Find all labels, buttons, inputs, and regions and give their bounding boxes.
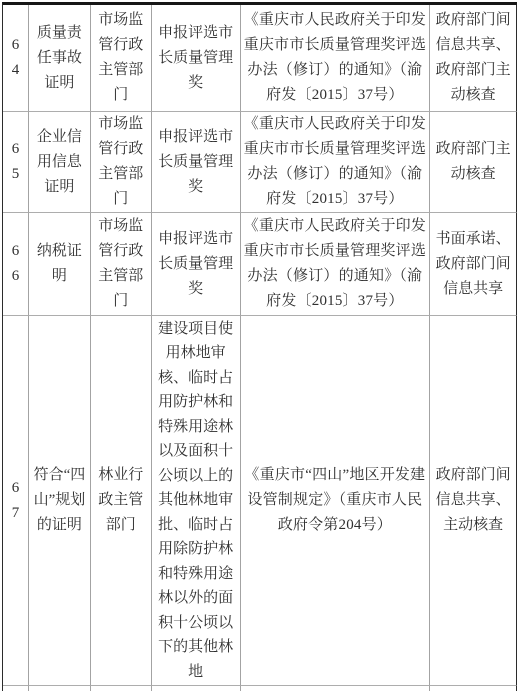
cell-purpose: 建设项目使用林地审核、临时占用防护林和特殊用途林以及面积十公顷以上的其他林地审批… — [152, 316, 241, 686]
document-page: 6 4 质量责任事故证明 市场监管行政主管部门 申报评选市长质量管理奖 《重庆市… — [0, 0, 520, 691]
cell-verification-method: 政府部门主动核查 — [430, 112, 517, 213]
cell-department: 市场监管行政主管部门 — [91, 213, 152, 316]
cell-verification-method: 书面承诺、政府部门间信息共享 — [430, 213, 517, 316]
seq-digit: 6 — [12, 239, 20, 264]
cell-certificate-name: 纳税证明 — [29, 213, 91, 316]
cell-seq: 6 5 — [3, 112, 29, 213]
seq-digit: 6 — [12, 137, 20, 162]
cell-purpose: 申报评选市长质量管理奖 — [152, 112, 241, 213]
cell-legal-basis: 《重庆市人民政府关于印发重庆市市长质量管理奖评选办法（修订）的通知》（渝府发〔2… — [241, 213, 431, 316]
table-row: 6 5 企业信用信息证明 市场监管行政主管部门 申报评选市长质量管理奖 《重庆市… — [3, 112, 517, 213]
seq-digit: 6 — [12, 476, 20, 501]
cell-verification-method: 政府部门间信息共享、政府部门主动核查 — [430, 5, 517, 112]
document-table: 6 4 质量责任事故证明 市场监管行政主管部门 申报评选市长质量管理奖 《重庆市… — [2, 2, 517, 691]
cell-certificate-name: 符合“四山”规划的证明 — [29, 316, 91, 686]
table-row-partial — [3, 686, 517, 691]
cell-department: 市场监管行政主管部门 — [91, 5, 152, 112]
table-row: 6 6 纳税证明 市场监管行政主管部门 申报评选市长质量管理奖 《重庆市人民政府… — [3, 213, 517, 316]
cell-seq — [3, 686, 29, 691]
cell-seq: 6 7 — [3, 316, 29, 686]
cell-purpose — [152, 686, 241, 691]
cell-seq: 6 6 — [3, 213, 29, 316]
cell-certificate-name — [29, 686, 91, 691]
cell-legal-basis: 《重庆市人民政府关于印发重庆市市长质量管理奖评选办法（修订）的通知》（渝府发〔2… — [241, 112, 431, 213]
cell-legal-basis: 《重庆市“四山”地区开发建设管制规定》（重庆市人民政府令第204号） — [241, 316, 431, 686]
seq-digit: 4 — [12, 58, 20, 83]
seq-digit: 6 — [12, 33, 20, 58]
cell-seq: 6 4 — [3, 5, 29, 112]
table-row: 6 4 质量责任事故证明 市场监管行政主管部门 申报评选市长质量管理奖 《重庆市… — [3, 5, 517, 112]
cell-department — [91, 686, 152, 691]
cell-certificate-name: 企业信用信息证明 — [29, 112, 91, 213]
cell-legal-basis — [241, 686, 431, 691]
cell-verification-method: 政府部门间信息共享、主动核查 — [430, 316, 517, 686]
cell-purpose: 申报评选市长质量管理奖 — [152, 5, 241, 112]
table-row: 6 7 符合“四山”规划的证明 林业行政主管部门 建设项目使用林地审核、临时占用… — [3, 316, 517, 686]
seq-digit: 7 — [12, 501, 20, 526]
seq-digit: 6 — [12, 264, 20, 289]
cell-legal-basis: 《重庆市人民政府关于印发重庆市市长质量管理奖评选办法（修订）的通知》（渝府发〔2… — [241, 5, 431, 112]
cell-department: 林业行政主管部门 — [91, 316, 152, 686]
cell-certificate-name: 质量责任事故证明 — [29, 5, 91, 112]
cell-purpose: 申报评选市长质量管理奖 — [152, 213, 241, 316]
cell-department: 市场监管行政主管部门 — [91, 112, 152, 213]
cell-verification-method — [430, 686, 517, 691]
seq-digit: 5 — [12, 162, 20, 187]
